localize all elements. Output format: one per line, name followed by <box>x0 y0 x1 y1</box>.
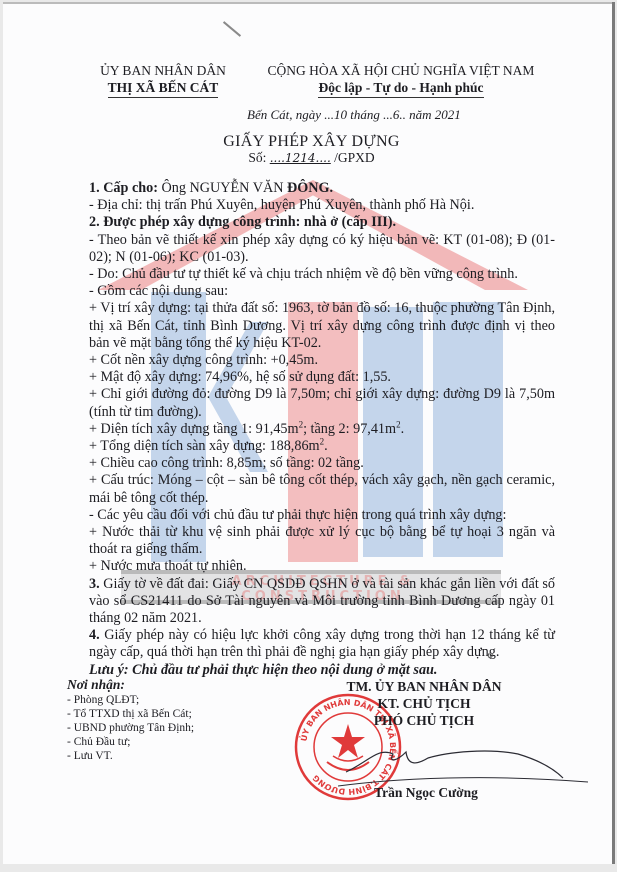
section-permitted-work: 2. Được phép xây dựng công trình: nhà ở … <box>89 214 555 231</box>
rainwater: + Nước mưa thoát tự nhiên. <box>89 558 555 575</box>
authority-line2: THỊ XÃ BẾN CÁT <box>108 79 219 98</box>
pen-mark: ℴ <box>487 646 493 663</box>
recipient-item: - Lưu VT. <box>67 749 194 763</box>
boundary: + Chỉ giới đường đỏ: đường D9 là 7,50m; … <box>89 386 555 420</box>
contents-intro: - Gồm các nội dung sau: <box>89 283 555 300</box>
structure: + Cấu trúc: Móng – cột – sàn bê tông cốt… <box>89 472 555 506</box>
permit-document: ARCHITECTURE & CONSTRUCTION ỦY BAN NHÂN … <box>3 2 615 864</box>
requirements: - Các yêu cầu đối với chủ đầu tư phải th… <box>89 507 555 524</box>
issuing-authority: ỦY BAN NHÂN DÂN THỊ XÃ BẾN CÁT <box>93 62 233 98</box>
recipients-heading: Nơi nhận: <box>67 677 194 693</box>
signer-name: Trần Ngọc Cường <box>341 785 511 801</box>
signature-line1: TM. ỦY BAN NHÂN DÂN <box>319 678 529 695</box>
recipient-item: - UBND phường Tân Định; <box>67 721 194 735</box>
national-motto: CỘNG HÒA XÃ HỘI CHỦ NGHĨA VIỆT NAM Độc l… <box>256 62 546 98</box>
signature-line2: KT. CHỦ TỊCH <box>319 695 529 712</box>
recipient-item: - Tổ TTXD thị xã Bến Cát; <box>67 707 194 721</box>
location: + Vị trí xây dựng: tại thửa đất số: 1963… <box>89 300 555 352</box>
recipient-item: - Phòng QLĐT; <box>67 693 194 707</box>
wastewater: + Nước thải từ khu vệ sinh phải được xử … <box>89 524 555 558</box>
motto-line1: CỘNG HÒA XÃ HỘI CHỦ NGHĨA VIỆT NAM <box>256 62 546 79</box>
section-land-documents: 3. Giấy tờ về đất đai: Giấy CN QSDĐ QSHN… <box>89 576 555 628</box>
building-height: + Chiều cao công trình: 8,85m; số tầng: … <box>89 455 555 472</box>
motto-line2: Độc lập - Tự do - Hạnh phúc <box>318 79 483 98</box>
total-floor-area: + Tổng diện tích sàn xây dựng: 188,86m2. <box>89 438 555 455</box>
recipients: Nơi nhận: - Phòng QLĐT; - Tổ TTXD thị xã… <box>67 677 194 763</box>
permit-number: Số: ....1214.... /GPXD <box>3 150 615 166</box>
recipient-item: - Chủ Đầu tư; <box>67 735 194 749</box>
signature-block: TM. ỦY BAN NHÂN DÂN KT. CHỦ TỊCH PHÓ CHỦ… <box>319 678 529 729</box>
issue-date: Bến Cát, ngày ...10 tháng ...6.. năm 202… <box>247 107 461 123</box>
designer: - Do: Chủ đầu tư tự thiết kế và chịu trá… <box>89 266 555 283</box>
document-body: 1. Cấp cho: Ông NGUYỄN VĂN ĐÔNG. - Địa c… <box>89 180 555 679</box>
permit-number-value: ....1214.... <box>270 151 331 165</box>
section-validity: 4. Giấy phép này có hiệu lực khởi công x… <box>89 627 555 661</box>
document-title: GIẤY PHÉP XÂY DỰNG <box>3 133 615 151</box>
foundation-level: + Cốt nền xây dựng công trình: +0,45m. <box>89 352 555 369</box>
section-grantee: 1. Cấp cho: Ông NGUYỄN VĂN ĐÔNG. <box>89 180 555 197</box>
density: + Mật độ xây dựng: 74,96%, hệ số sử dụng… <box>89 369 555 386</box>
grantee-address: - Địa chỉ: thị trấn Phú Xuyên, huyện Phú… <box>89 197 555 214</box>
drawings: - Theo bản vẽ thiết kế xin phép xây dựng… <box>89 232 555 266</box>
authority-line1: ỦY BAN NHÂN DÂN <box>93 62 233 79</box>
signature-line3: PHÓ CHỦ TỊCH <box>319 712 529 729</box>
scan-mark <box>223 21 241 37</box>
